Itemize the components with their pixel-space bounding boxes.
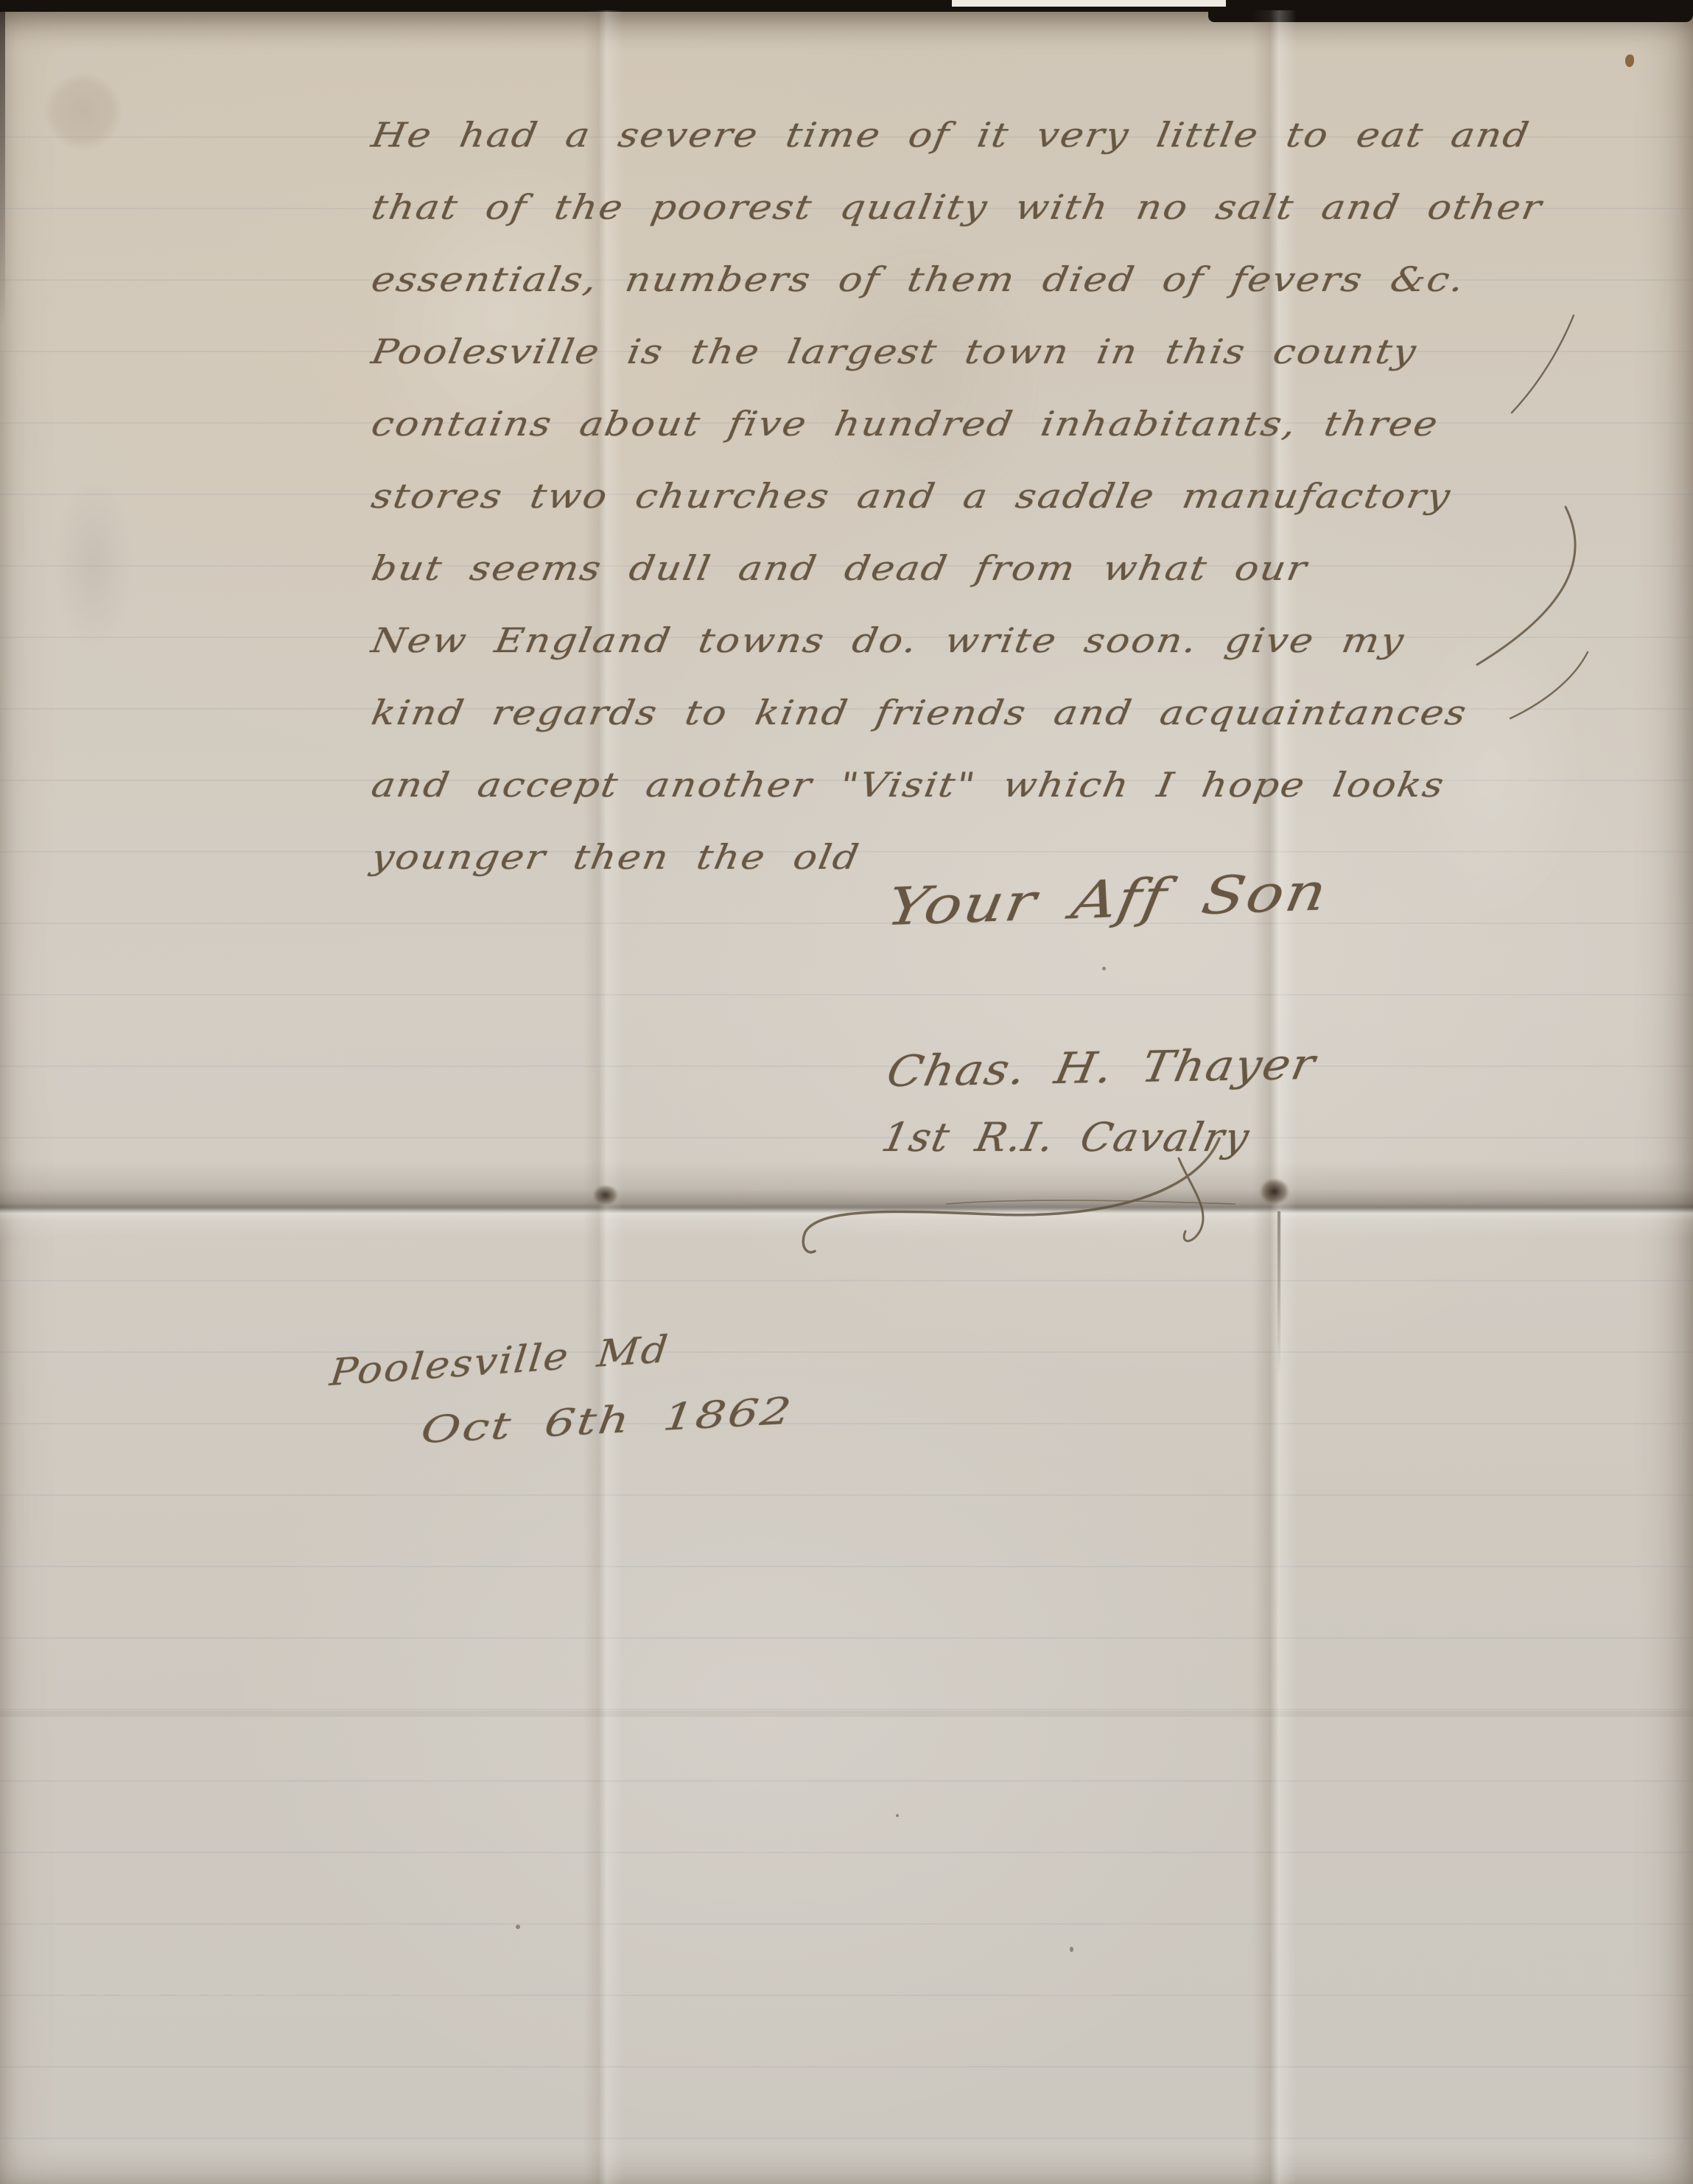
handwriting-line: stores two churches and a saddle manufac… xyxy=(368,476,1454,516)
handwriting-line: New England towns do. write soon. give m… xyxy=(368,620,1408,660)
signature-regiment: 1st R.I. Cavalry xyxy=(877,1114,1254,1161)
paper-smudge-left xyxy=(38,449,149,678)
fold-hole-right xyxy=(1255,1175,1294,1208)
handwriting-line: He had a severe time of it very little t… xyxy=(368,115,1533,155)
ink-speck xyxy=(896,1814,899,1817)
handwriting-line: younger then the old xyxy=(368,837,863,877)
handwriting-line: Poolesville is the largest town in this … xyxy=(368,332,1420,371)
handwriting-line: essentials, numbers of them died of feve… xyxy=(368,259,1468,299)
signature-name: Chas. H. Thayer xyxy=(883,1039,1320,1096)
horizontal-fold-crease xyxy=(0,1161,1693,1238)
ink-speck xyxy=(1102,967,1106,970)
scanner-backing-sliver xyxy=(952,0,1226,7)
fold-tear-right xyxy=(1277,1211,1280,1373)
handwriting-line: contains about five hundred inhabitants,… xyxy=(368,404,1442,444)
secondary-fold-crease xyxy=(0,1711,1693,1717)
handwriting-line: that of the poorest quality with no salt… xyxy=(368,187,1546,227)
handwriting-line: but seems dull and dead from what our xyxy=(368,548,1311,588)
page-left-edge-shadow xyxy=(0,10,5,327)
scanned-letter-page: He had a severe time of it very little t… xyxy=(0,0,1693,2184)
fold-hole-left xyxy=(589,1182,622,1208)
handwriting-line: and accept another "Visit" which I hope … xyxy=(368,765,1448,805)
ink-speck xyxy=(1070,1947,1073,1952)
paper-stain-top-left xyxy=(34,62,133,161)
ink-speck xyxy=(516,1925,520,1929)
handwriting-line: kind regards to kind friends and acquain… xyxy=(368,693,1471,732)
